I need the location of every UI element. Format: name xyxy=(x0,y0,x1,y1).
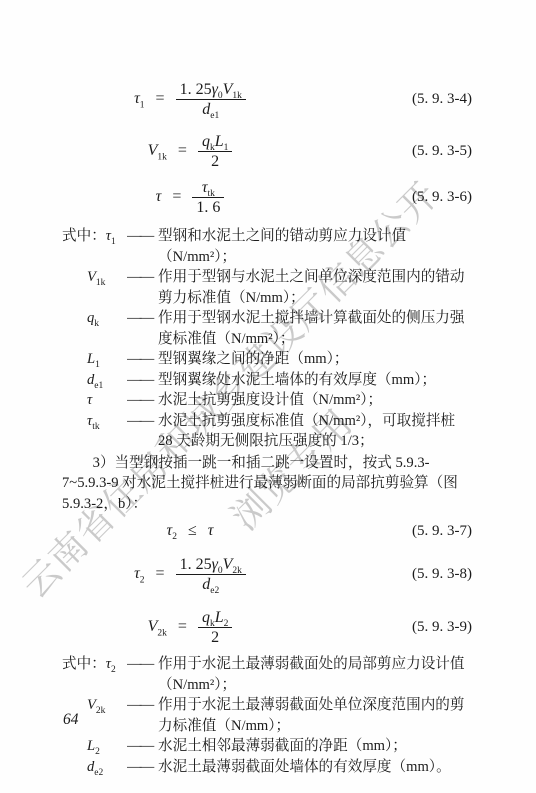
equation-5-9-3-5: V1k = qkL1 2 (5. 9. 3-5) xyxy=(62,128,472,174)
em-dash: —— xyxy=(127,267,158,308)
em-dash: —— xyxy=(127,411,158,452)
equals-sign: = xyxy=(156,565,165,582)
where-item-v1k: V1k —— 作用于型钢与水泥土之间单位深度范围内的错动剪力标准值（N/mm）； xyxy=(62,267,472,308)
where-item-de1: de1 —— 型钢翼缘处水泥土墙体的有效厚度（mm）； xyxy=(62,370,472,391)
equation-5-9-3-4: τ1 = 1. 25γ0V1k de1 (5. 9. 3-4) xyxy=(62,70,472,128)
definition-text: 水泥土抗剪强度标准值（N/mm²），可取搅拌桩 28 天龄期无侧限抗压强度的 1… xyxy=(158,411,472,452)
formula-5-9-3-9: V2k = qkL2 2 xyxy=(62,608,396,647)
fraction: 1. 25γ0V2k de2 xyxy=(176,555,246,594)
em-dash: —— xyxy=(127,308,158,349)
definition-text: 水泥土相邻最薄弱截面的净距（mm）； xyxy=(158,736,472,757)
where-item-tau1: 式中：τ1 —— 型钢和水泥土之间的错动剪应力设计值（N/mm²）； xyxy=(62,226,472,267)
equals-sign: = xyxy=(156,90,165,107)
equals-sign: = xyxy=(178,142,187,159)
definition-text: 型钢和水泥土之间的错动剪应力设计值（N/mm²）； xyxy=(158,226,472,267)
where-item-tautk: τtk —— 水泥土抗剪强度标准值（N/mm²），可取搅拌桩 28 天龄期无侧限… xyxy=(62,411,472,452)
where-item-qk: qk —— 作用于型钢水泥土搅拌墙计算截面处的侧压力强度标准值（N/mm²）； xyxy=(62,308,472,349)
where-item-tau2: 式中：τ2 —— 作用于水泥土最薄弱截面处的局部剪应力设计值（N/mm²）； xyxy=(62,654,472,695)
var-v2k: V xyxy=(148,618,158,635)
em-dash: —— xyxy=(127,654,158,695)
where-prefix: 式中： xyxy=(62,656,106,672)
page-number: 64 xyxy=(63,711,79,729)
em-dash: —— xyxy=(127,226,158,267)
em-dash: —— xyxy=(127,390,158,411)
equation-number: (5. 9. 3-8) xyxy=(396,564,472,585)
definition-text: 型钢翼缘之间的净距（mm）； xyxy=(158,349,472,370)
definition-text: 作用于水泥土最薄弱截面处的局部剪应力设计值（N/mm²）； xyxy=(158,654,472,695)
where-item-v2k: V2k —— 作用于水泥土最薄弱截面处单位深度范围内的剪力标准值（N/mm）； xyxy=(62,695,472,736)
where-item-l2: L2 —— 水泥土相邻最薄弱截面的净距（mm）； xyxy=(62,736,472,757)
em-dash: —— xyxy=(127,349,158,370)
definition-text: 水泥土抗剪强度设计值（N/mm²）； xyxy=(158,390,472,411)
page-content: τ1 = 1. 25γ0V1k de1 (5. 9. 3-4) V1k = qk… xyxy=(62,70,472,777)
definition-text: 作用于型钢水泥土搅拌墙计算截面处的侧压力强度标准值（N/mm²）； xyxy=(158,308,472,349)
fraction: 1. 25γ0V1k de1 xyxy=(176,80,246,119)
equals-sign: = xyxy=(178,618,187,635)
equation-number: (5. 9. 3-4) xyxy=(396,89,472,110)
fraction: τtk 1. 6 xyxy=(192,178,224,217)
var-v1k: V xyxy=(148,142,158,159)
em-dash: —— xyxy=(127,370,158,391)
equals-sign: = xyxy=(172,188,181,205)
less-equal-sign: ≤ xyxy=(188,522,197,539)
var-tau: τ xyxy=(208,522,214,539)
formula-5-9-3-5: V1k = qkL1 2 xyxy=(62,132,396,171)
where-item-tau: τ —— 水泥土抗剪强度设计值（N/mm²）； xyxy=(62,390,472,411)
equation-5-9-3-9: V2k = qkL2 2 (5. 9. 3-9) xyxy=(62,602,472,652)
paragraph-item-3: 3）当型钢按插一跳一和插二跳一设置时，按式 5.9.3-7~5.9.3-9 对水… xyxy=(62,453,472,515)
formula-5-9-3-6: τ = τtk 1. 6 xyxy=(62,178,396,217)
equation-number: (5. 9. 3-7) xyxy=(396,521,472,542)
equation-5-9-3-6: τ = τtk 1. 6 (5. 9. 3-6) xyxy=(62,174,472,220)
formula-5-9-3-8: τ2 = 1. 25γ0V2k de2 xyxy=(62,555,396,594)
equation-5-9-3-7: τ2 ≤ τ (5. 9. 3-7) xyxy=(62,516,472,546)
where-item-de2: de2 —— 水泥土最薄弱截面处墙体的有效厚度（mm）。 xyxy=(62,757,472,778)
definition-text: 作用于水泥土最薄弱截面处单位深度范围内的剪力标准值（N/mm）； xyxy=(158,695,472,736)
definition-text: 作用于型钢与水泥土之间单位深度范围内的错动剪力标准值（N/mm）； xyxy=(158,267,472,308)
equation-number: (5. 9. 3-6) xyxy=(396,187,472,208)
var-tau: τ xyxy=(156,188,162,205)
fraction: qkL1 2 xyxy=(198,132,232,171)
equation-number: (5. 9. 3-9) xyxy=(396,617,472,638)
document-page: 云南省住房和城乡建设厅信息公开 浏览专用 τ1 = 1. 25γ0V1k de1… xyxy=(0,0,536,793)
em-dash: —— xyxy=(127,757,158,778)
where-prefix: 式中： xyxy=(62,228,106,244)
formula-5-9-3-4: τ1 = 1. 25γ0V1k de1 xyxy=(62,80,396,119)
definition-text: 水泥土最薄弱截面处墙体的有效厚度（mm）。 xyxy=(158,757,472,778)
fraction: qkL2 2 xyxy=(198,608,232,647)
equation-5-9-3-8: τ2 = 1. 25γ0V2k de2 (5. 9. 3-8) xyxy=(62,546,472,602)
where-item-l1: L1 —— 型钢翼缘之间的净距（mm）； xyxy=(62,349,472,370)
em-dash: —— xyxy=(127,736,158,757)
equation-number: (5. 9. 3-5) xyxy=(396,141,472,162)
formula-5-9-3-7: τ2 ≤ τ xyxy=(62,521,396,542)
definition-text: 型钢翼缘处水泥土墙体的有效厚度（mm）； xyxy=(158,370,472,391)
em-dash: —— xyxy=(127,695,158,736)
